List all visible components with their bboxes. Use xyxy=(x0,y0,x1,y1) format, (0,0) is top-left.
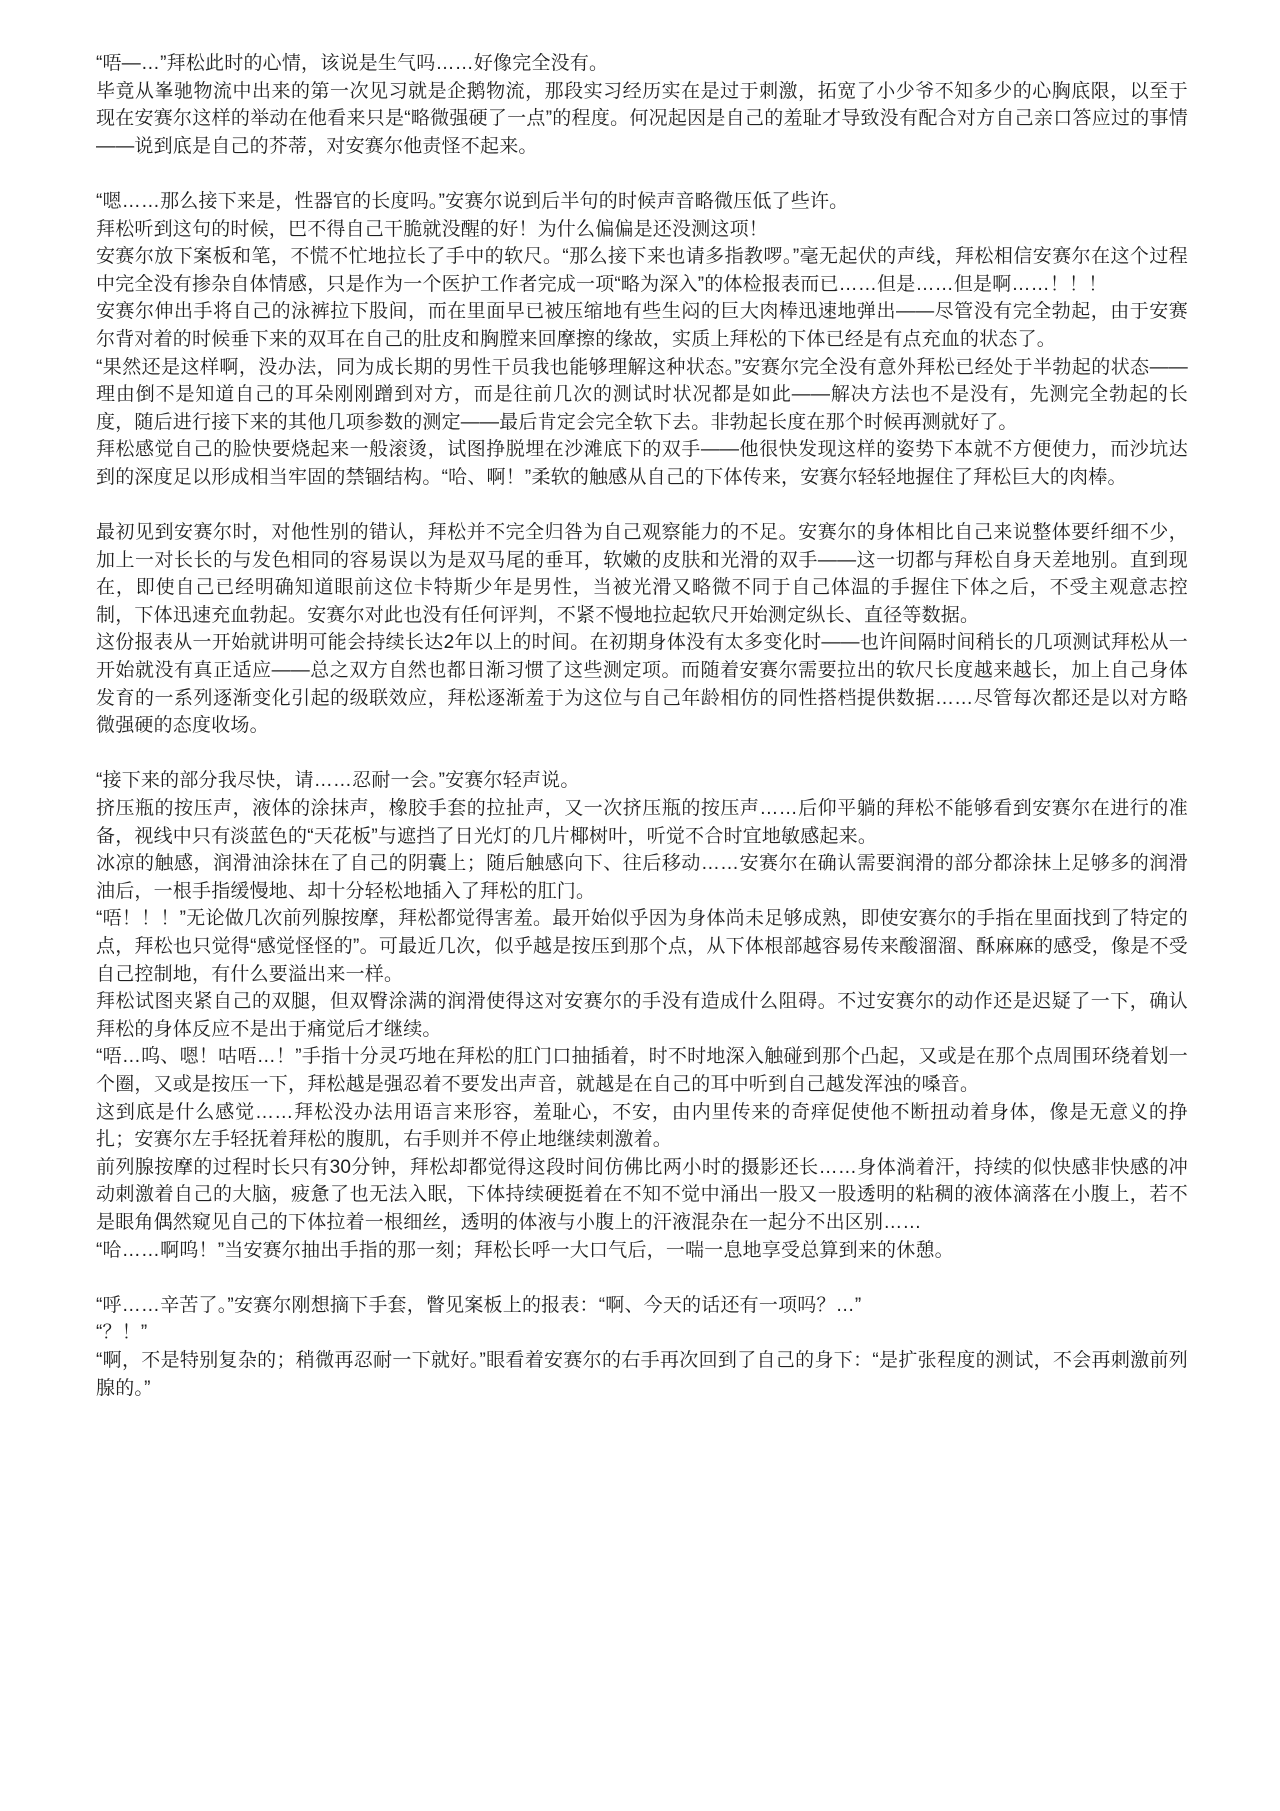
paragraph: 拜松感觉自己的脸快要烧起来一般滚烫，试图挣脱埋在沙滩底下的双手——他很快发现这样… xyxy=(96,436,1188,491)
paragraph: “接下来的部分我尽快，请……忍耐一会。”安赛尔轻声说。 xyxy=(96,767,1188,795)
paragraph: “唔！！！”无论做几次前列腺按摩，拜松都觉得害羞。最开始似乎因为身体尚未足够成熟… xyxy=(96,905,1188,988)
document-body: “唔—…”拜松此时的心情，该说是生气吗……好像完全没有。 毕竟从峯驰物流中出来的… xyxy=(96,50,1188,1402)
paragraph: 毕竟从峯驰物流中出来的第一次见习就是企鹅物流，那段实习经历实在是过于刺激，拓宽了… xyxy=(96,78,1188,161)
paragraph: 这到底是什么感觉……拜松没办法用语言来形容，羞耻心，不安，由内里传来的奇痒促使他… xyxy=(96,1099,1188,1154)
paragraph: “唔—…”拜松此时的心情，该说是生气吗……好像完全没有。 xyxy=(96,50,1188,78)
paragraph: 安赛尔伸出手将自己的泳裤拉下股间，而在里面早已被压缩地有些生闷的巨大肉棒迅速地弹… xyxy=(96,298,1188,353)
text-block: “呼……辛苦了。”安赛尔刚想摘下手套，瞥见案板上的报表：“啊、今天的话还有一项吗… xyxy=(96,1292,1188,1402)
text-block: “唔—…”拜松此时的心情，该说是生气吗……好像完全没有。 毕竟从峯驰物流中出来的… xyxy=(96,50,1188,160)
document-page: “唔—…”拜松此时的心情，该说是生气吗……好像完全没有。 毕竟从峯驰物流中出来的… xyxy=(0,0,1280,1811)
paragraph: 冰凉的触感，润滑油涂抹在了自己的阴囊上；随后触感向下、往后移动……安赛尔在确认需… xyxy=(96,850,1188,905)
paragraph: 挤压瓶的按压声，液体的涂抹声，橡胶手套的拉扯声，又一次挤压瓶的按压声……后仰平躺… xyxy=(96,795,1188,850)
text-block: “嗯……那么接下来是，性器官的长度吗。”安赛尔说到后半句的时候声音略微压低了些许… xyxy=(96,188,1188,492)
paragraph: 这份报表从一开始就讲明可能会持续长达2年以上的时间。在初期身体没有太多变化时——… xyxy=(96,629,1188,739)
paragraph: 前列腺按摩的过程时长只有30分钟，拜松却都觉得这段时间仿佛比两小时的摄影还长……… xyxy=(96,1154,1188,1237)
paragraph: “？！” xyxy=(96,1319,1188,1347)
paragraph: 拜松听到这句的时候，巴不得自己干脆就没醒的好！为什么偏偏是还没测这项！ xyxy=(96,216,1188,244)
paragraph: 最初见到安赛尔时，对他性别的错认，拜松并不完全归咎为自己观察能力的不足。安赛尔的… xyxy=(96,519,1188,629)
text-block: 最初见到安赛尔时，对他性别的错认，拜松并不完全归咎为自己观察能力的不足。安赛尔的… xyxy=(96,519,1188,740)
paragraph: “唔…呜、嗯！咕唔…！”手指十分灵巧地在拜松的肛门口抽插着，时不时地深入触碰到那… xyxy=(96,1043,1188,1098)
paragraph: 拜松试图夹紧自己的双腿，但双臀涂满的润滑使得这对安赛尔的手没有造成什么阻碍。不过… xyxy=(96,988,1188,1043)
text-block: “接下来的部分我尽快，请……忍耐一会。”安赛尔轻声说。 挤压瓶的按压声，液体的涂… xyxy=(96,767,1188,1264)
paragraph: “呼……辛苦了。”安赛尔刚想摘下手套，瞥见案板上的报表：“啊、今天的话还有一项吗… xyxy=(96,1292,1188,1320)
paragraph: “啊，不是特别复杂的；稍微再忍耐一下就好。”眼看着安赛尔的右手再次回到了自己的身… xyxy=(96,1347,1188,1402)
paragraph: “嗯……那么接下来是，性器官的长度吗。”安赛尔说到后半句的时候声音略微压低了些许… xyxy=(96,188,1188,216)
paragraph: “果然还是这样啊，没办法，同为成长期的男性干员我也能够理解这种状态。”安赛尔完全… xyxy=(96,354,1188,437)
paragraph: “哈……啊呜！”当安赛尔抽出手指的那一刻；拜松长呼一大口气后，一喘一息地享受总算… xyxy=(96,1237,1188,1265)
paragraph: 安赛尔放下案板和笔，不慌不忙地拉长了手中的软尺。“那么接下来也请多指教啰。”毫无… xyxy=(96,243,1188,298)
